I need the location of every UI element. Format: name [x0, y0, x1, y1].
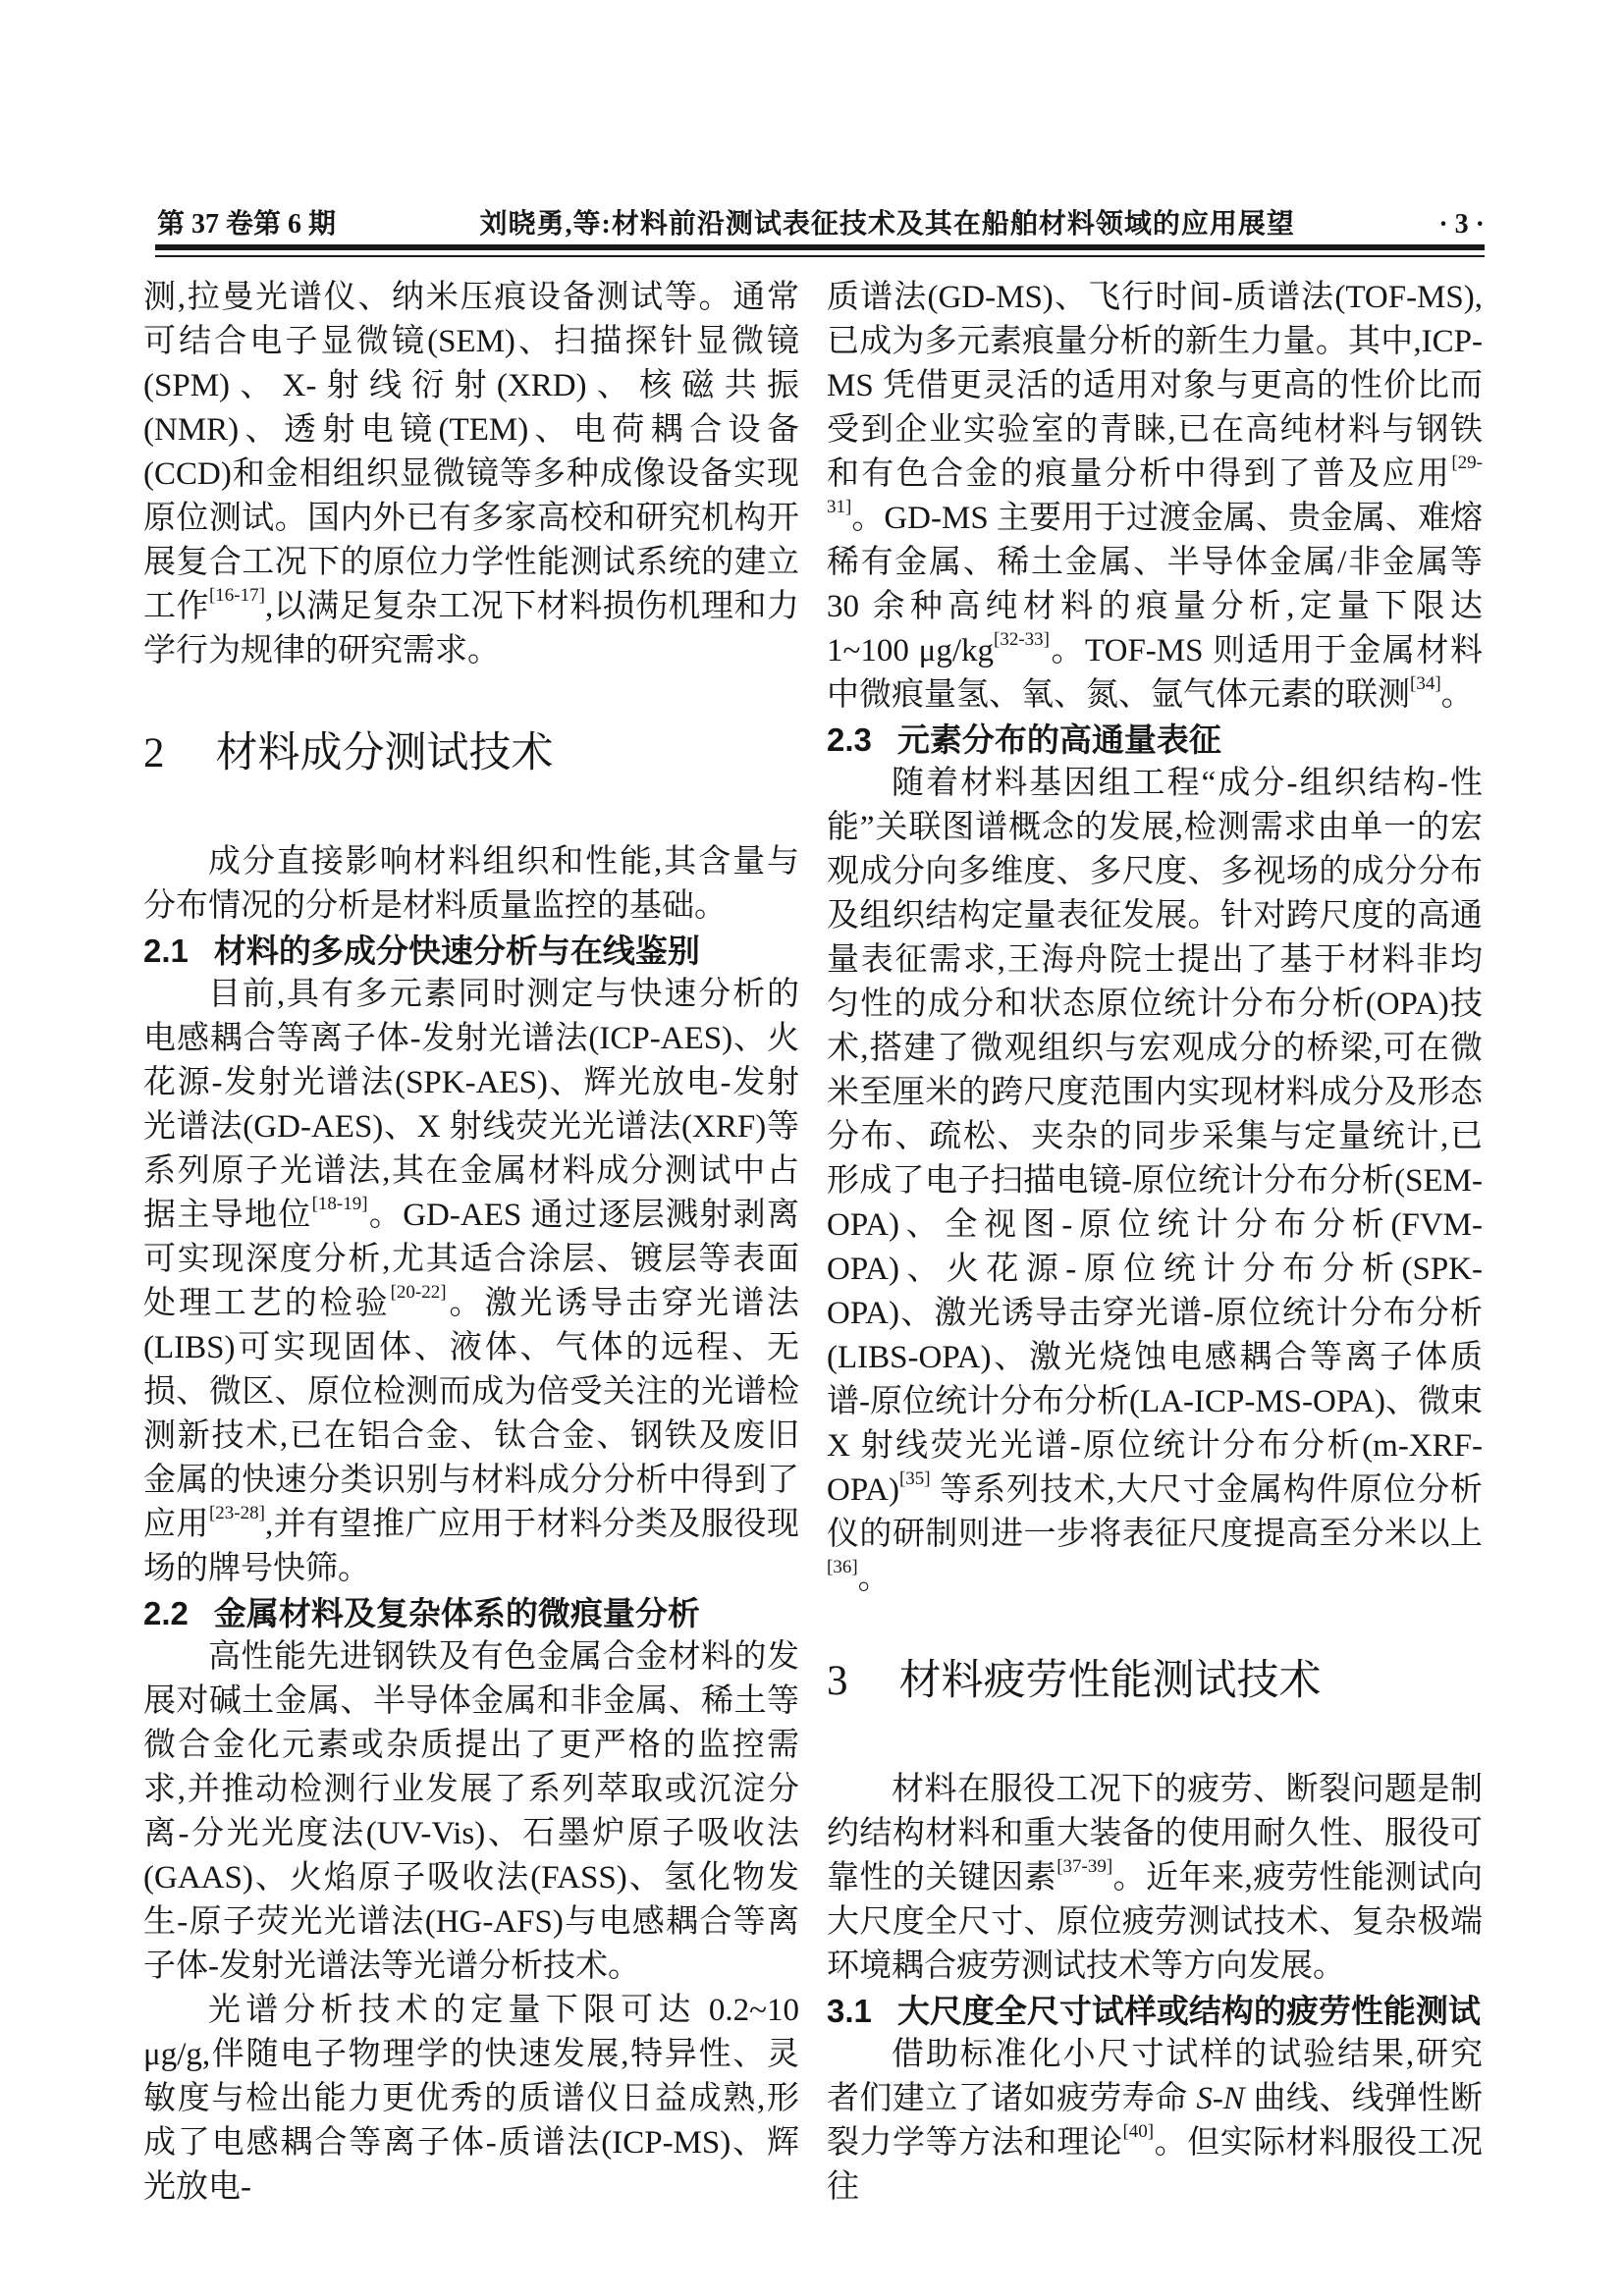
- paragraph: 光谱分析技术的定量下限可达 0.2~10 μg/g,伴随电子物理学的快速发展,特…: [143, 1989, 799, 2210]
- subsection-number: 2.2: [143, 1595, 189, 1631]
- subsection-title: 金属材料及复杂体系的微痕量分析: [214, 1595, 700, 1631]
- subsection-heading-2-3: 2.3元素分布的高通量表征: [827, 718, 1483, 762]
- section-title: 材料成分测试技术: [216, 730, 554, 776]
- section-title: 材料疲劳性能测试技术: [899, 1658, 1322, 1704]
- subsection-title: 大尺度全尺寸试样或结构的疲劳性能测试: [897, 1993, 1481, 2029]
- paragraph: 材料在服役工况下的疲劳、断裂问题是制约结构材料和重大装备的使用耐久性、服役可靠性…: [827, 1768, 1483, 1989]
- left-column: 测,拉曼光谱仪、纳米压痕设备测试等。通常可结合电子显微镜(SEM)、扫描探针显微…: [143, 276, 799, 2210]
- subsection-number: 3.1: [827, 1993, 872, 2029]
- paragraph: 借助标准化小尺寸试样的试验结果,研究者们建立了诸如疲劳寿命 S-N 曲线、线弹性…: [827, 2033, 1483, 2210]
- header-double-rule: [155, 244, 1485, 257]
- paragraph: 随着材料基因组工程“成分-组织结构-性能”关联图谱概念的发展,检测需求由单一的宏…: [827, 762, 1483, 1601]
- paragraph: 目前,具有多元素同时测定与快速分析的电感耦合等离子体-发射光谱法(ICP-AES…: [143, 973, 799, 1591]
- subsection-number: 2.3: [827, 721, 872, 758]
- subsection-heading-2-2: 2.2金属材料及复杂体系的微痕量分析: [143, 1591, 799, 1635]
- paragraph: 高性能先进钢铁及有色金属合金材料的发展对碱土金属、半导体金属和非金属、稀土等微合…: [143, 1635, 799, 1989]
- running-header: 第 37 卷第 6 期 刘晓勇,等:材料前沿测试表征技术及其在船舶材料领域的应用…: [157, 202, 1485, 241]
- section-heading-3: 3材料疲劳性能测试技术: [827, 1656, 1483, 1707]
- running-title: 刘晓勇,等:材料前沿测试表征技术及其在船舶材料领域的应用展望: [336, 202, 1438, 241]
- subsection-number: 2.1: [143, 933, 189, 969]
- section-number: 3: [827, 1658, 848, 1704]
- page-number: · 3 ·: [1438, 209, 1485, 240]
- volume-issue: 第 37 卷第 6 期: [157, 202, 336, 241]
- journal-page: 第 37 卷第 6 期 刘晓勇,等:材料前沿测试表征技术及其在船舶材料领域的应用…: [0, 0, 1624, 2296]
- paragraph-continuation: 质谱法(GD-MS)、飞行时间-质谱法(TOF-MS),已成为多元素痕量分析的新…: [827, 276, 1483, 718]
- paragraph-continuation: 测,拉曼光谱仪、纳米压痕设备测试等。通常可结合电子显微镜(SEM)、扫描探针显微…: [143, 276, 799, 673]
- subsection-title: 元素分布的高通量表征: [897, 721, 1221, 758]
- subsection-heading-2-1: 2.1材料的多成分快速分析与在线鉴别: [143, 929, 799, 973]
- paragraph: 成分直接影响材料组织和性能,其含量与分布情况的分析是材料质量监控的基础。: [143, 840, 799, 929]
- section-number: 2: [143, 730, 165, 776]
- subsection-heading-3-1: 3.1大尺度全尺寸试样或结构的疲劳性能测试: [827, 1989, 1483, 2033]
- subsection-title: 材料的多成分快速分析与在线鉴别: [214, 933, 700, 969]
- section-heading-2: 2材料成分测试技术: [143, 728, 799, 779]
- right-column: 质谱法(GD-MS)、飞行时间-质谱法(TOF-MS),已成为多元素痕量分析的新…: [827, 276, 1483, 2210]
